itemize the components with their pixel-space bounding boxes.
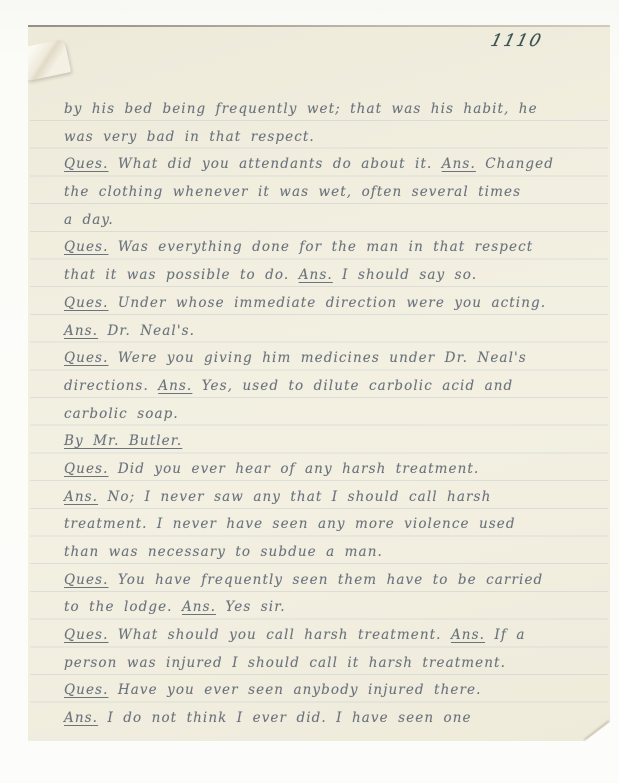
manuscript-segment: treatment. I never have seen any more vi… xyxy=(64,516,516,532)
manuscript-segment: by his bed being frequently wet; that wa… xyxy=(64,101,538,117)
manuscript-line: was very bad in that respect. xyxy=(64,124,600,152)
qa-label: Ans. xyxy=(158,378,192,394)
manuscript-line: the clothing whenever it was wet, often … xyxy=(64,179,600,207)
manuscript-segment: I do not think I ever did. I have seen o… xyxy=(98,710,472,726)
manuscript-segment: Changed xyxy=(476,156,554,172)
manuscript-line: Ques. What should you call harsh treatme… xyxy=(64,622,600,650)
manuscript-line: person was injured I should call it hars… xyxy=(64,650,600,678)
manuscript-segment: Dr. Neal's. xyxy=(98,323,195,339)
qa-label: Ques. xyxy=(64,295,108,311)
manuscript-segment: Were you giving him medicines under Dr. … xyxy=(108,350,526,366)
manuscript-segment: Yes sir. xyxy=(216,599,286,615)
manuscript-line: Ques. Was everything done for the man in… xyxy=(64,234,600,262)
paper-crease xyxy=(19,39,71,82)
manuscript-line: a day. xyxy=(64,207,600,235)
manuscript-text: by his bed being frequently wet; that wa… xyxy=(64,96,600,733)
qa-label: By Mr. Butler. xyxy=(64,433,182,449)
manuscript-line: that it was possible to do. Ans. I shoul… xyxy=(64,262,600,290)
manuscript-line: directions. Ans. Yes, used to dilute car… xyxy=(64,373,600,401)
qa-label: Ans. xyxy=(64,489,98,505)
corner-fold xyxy=(584,721,610,741)
manuscript-line: Ques. Under whose immediate direction we… xyxy=(64,290,600,318)
manuscript-line: than was necessary to subdue a man. xyxy=(64,539,600,567)
manuscript-line: Ques. What did you attendants do about i… xyxy=(64,151,600,179)
manuscript-line: Ans. I do not think I ever did. I have s… xyxy=(64,705,600,733)
manuscript-segment: What did you attendants do about it. xyxy=(108,156,441,172)
manuscript-line: carbolic soap. xyxy=(64,401,600,429)
manuscript-segment: person was injured I should call it hars… xyxy=(64,655,506,671)
qa-label: Ques. xyxy=(64,156,108,172)
manuscript-line: by his bed being frequently wet; that wa… xyxy=(64,96,600,124)
manuscript-line: Ans. No; I never saw any that I should c… xyxy=(64,484,600,512)
manuscript-line: Ques. Did you ever hear of any harsh tre… xyxy=(64,456,600,484)
manuscript-segment: than was necessary to subdue a man. xyxy=(64,544,383,560)
manuscript-segment: Under whose immediate direction were you… xyxy=(108,295,546,311)
manuscript-segment: Was everything done for the man in that … xyxy=(108,239,533,255)
qa-label: Ans. xyxy=(451,627,485,643)
qa-label: Ques. xyxy=(64,627,108,643)
qa-label: Ques. xyxy=(64,682,108,698)
manuscript-segment: Did you ever hear of any harsh treatment… xyxy=(108,461,479,477)
qa-label: Ans. xyxy=(64,323,98,339)
manuscript-paper: 1110 by his bed being frequently wet; th… xyxy=(28,25,610,741)
qa-label: Ans. xyxy=(64,710,98,726)
qa-label: Ans. xyxy=(182,599,216,615)
qa-label: Ques. xyxy=(64,350,108,366)
page-number: 1110 xyxy=(488,31,544,51)
manuscript-segment: was very bad in that respect. xyxy=(64,129,315,145)
qa-label: Ans. xyxy=(442,156,476,172)
manuscript-line: By Mr. Butler. xyxy=(64,428,600,456)
manuscript-segment: No; I never saw any that I should call h… xyxy=(98,489,491,505)
manuscript-line: Ques. You have frequently seen them have… xyxy=(64,567,600,595)
manuscript-line: Ans. Dr. Neal's. xyxy=(64,318,600,346)
manuscript-line: Ques. Have you ever seen anybody injured… xyxy=(64,677,600,705)
manuscript-segment: to the lodge. xyxy=(64,599,182,615)
manuscript-segment: directions. xyxy=(64,378,158,394)
scan-background: 1110 by his bed being frequently wet; th… xyxy=(0,0,619,783)
manuscript-segment: Have you ever seen anybody injured there… xyxy=(108,682,481,698)
manuscript-segment: If a xyxy=(485,627,525,643)
manuscript-segment: What should you call harsh treatment. xyxy=(108,627,450,643)
paper-top-edge-shadow xyxy=(28,25,610,27)
qa-label: Ques. xyxy=(64,239,108,255)
manuscript-segment: You have frequently seen them have to be… xyxy=(108,572,543,588)
manuscript-line: Ques. Were you giving him medicines unde… xyxy=(64,345,600,373)
qa-label: Ques. xyxy=(64,461,108,477)
manuscript-segment: a day. xyxy=(64,212,114,228)
qa-label: Ques. xyxy=(64,572,108,588)
manuscript-segment: the clothing whenever it was wet, often … xyxy=(64,184,521,200)
qa-label: Ans. xyxy=(299,267,333,283)
manuscript-segment: that it was possible to do. xyxy=(64,267,299,283)
manuscript-line: to the lodge. Ans. Yes sir. xyxy=(64,594,600,622)
manuscript-segment: I should say so. xyxy=(333,267,477,283)
manuscript-line: treatment. I never have seen any more vi… xyxy=(64,511,600,539)
manuscript-segment: carbolic soap. xyxy=(64,406,179,422)
manuscript-segment: Yes, used to dilute carbolic acid and xyxy=(192,378,513,394)
